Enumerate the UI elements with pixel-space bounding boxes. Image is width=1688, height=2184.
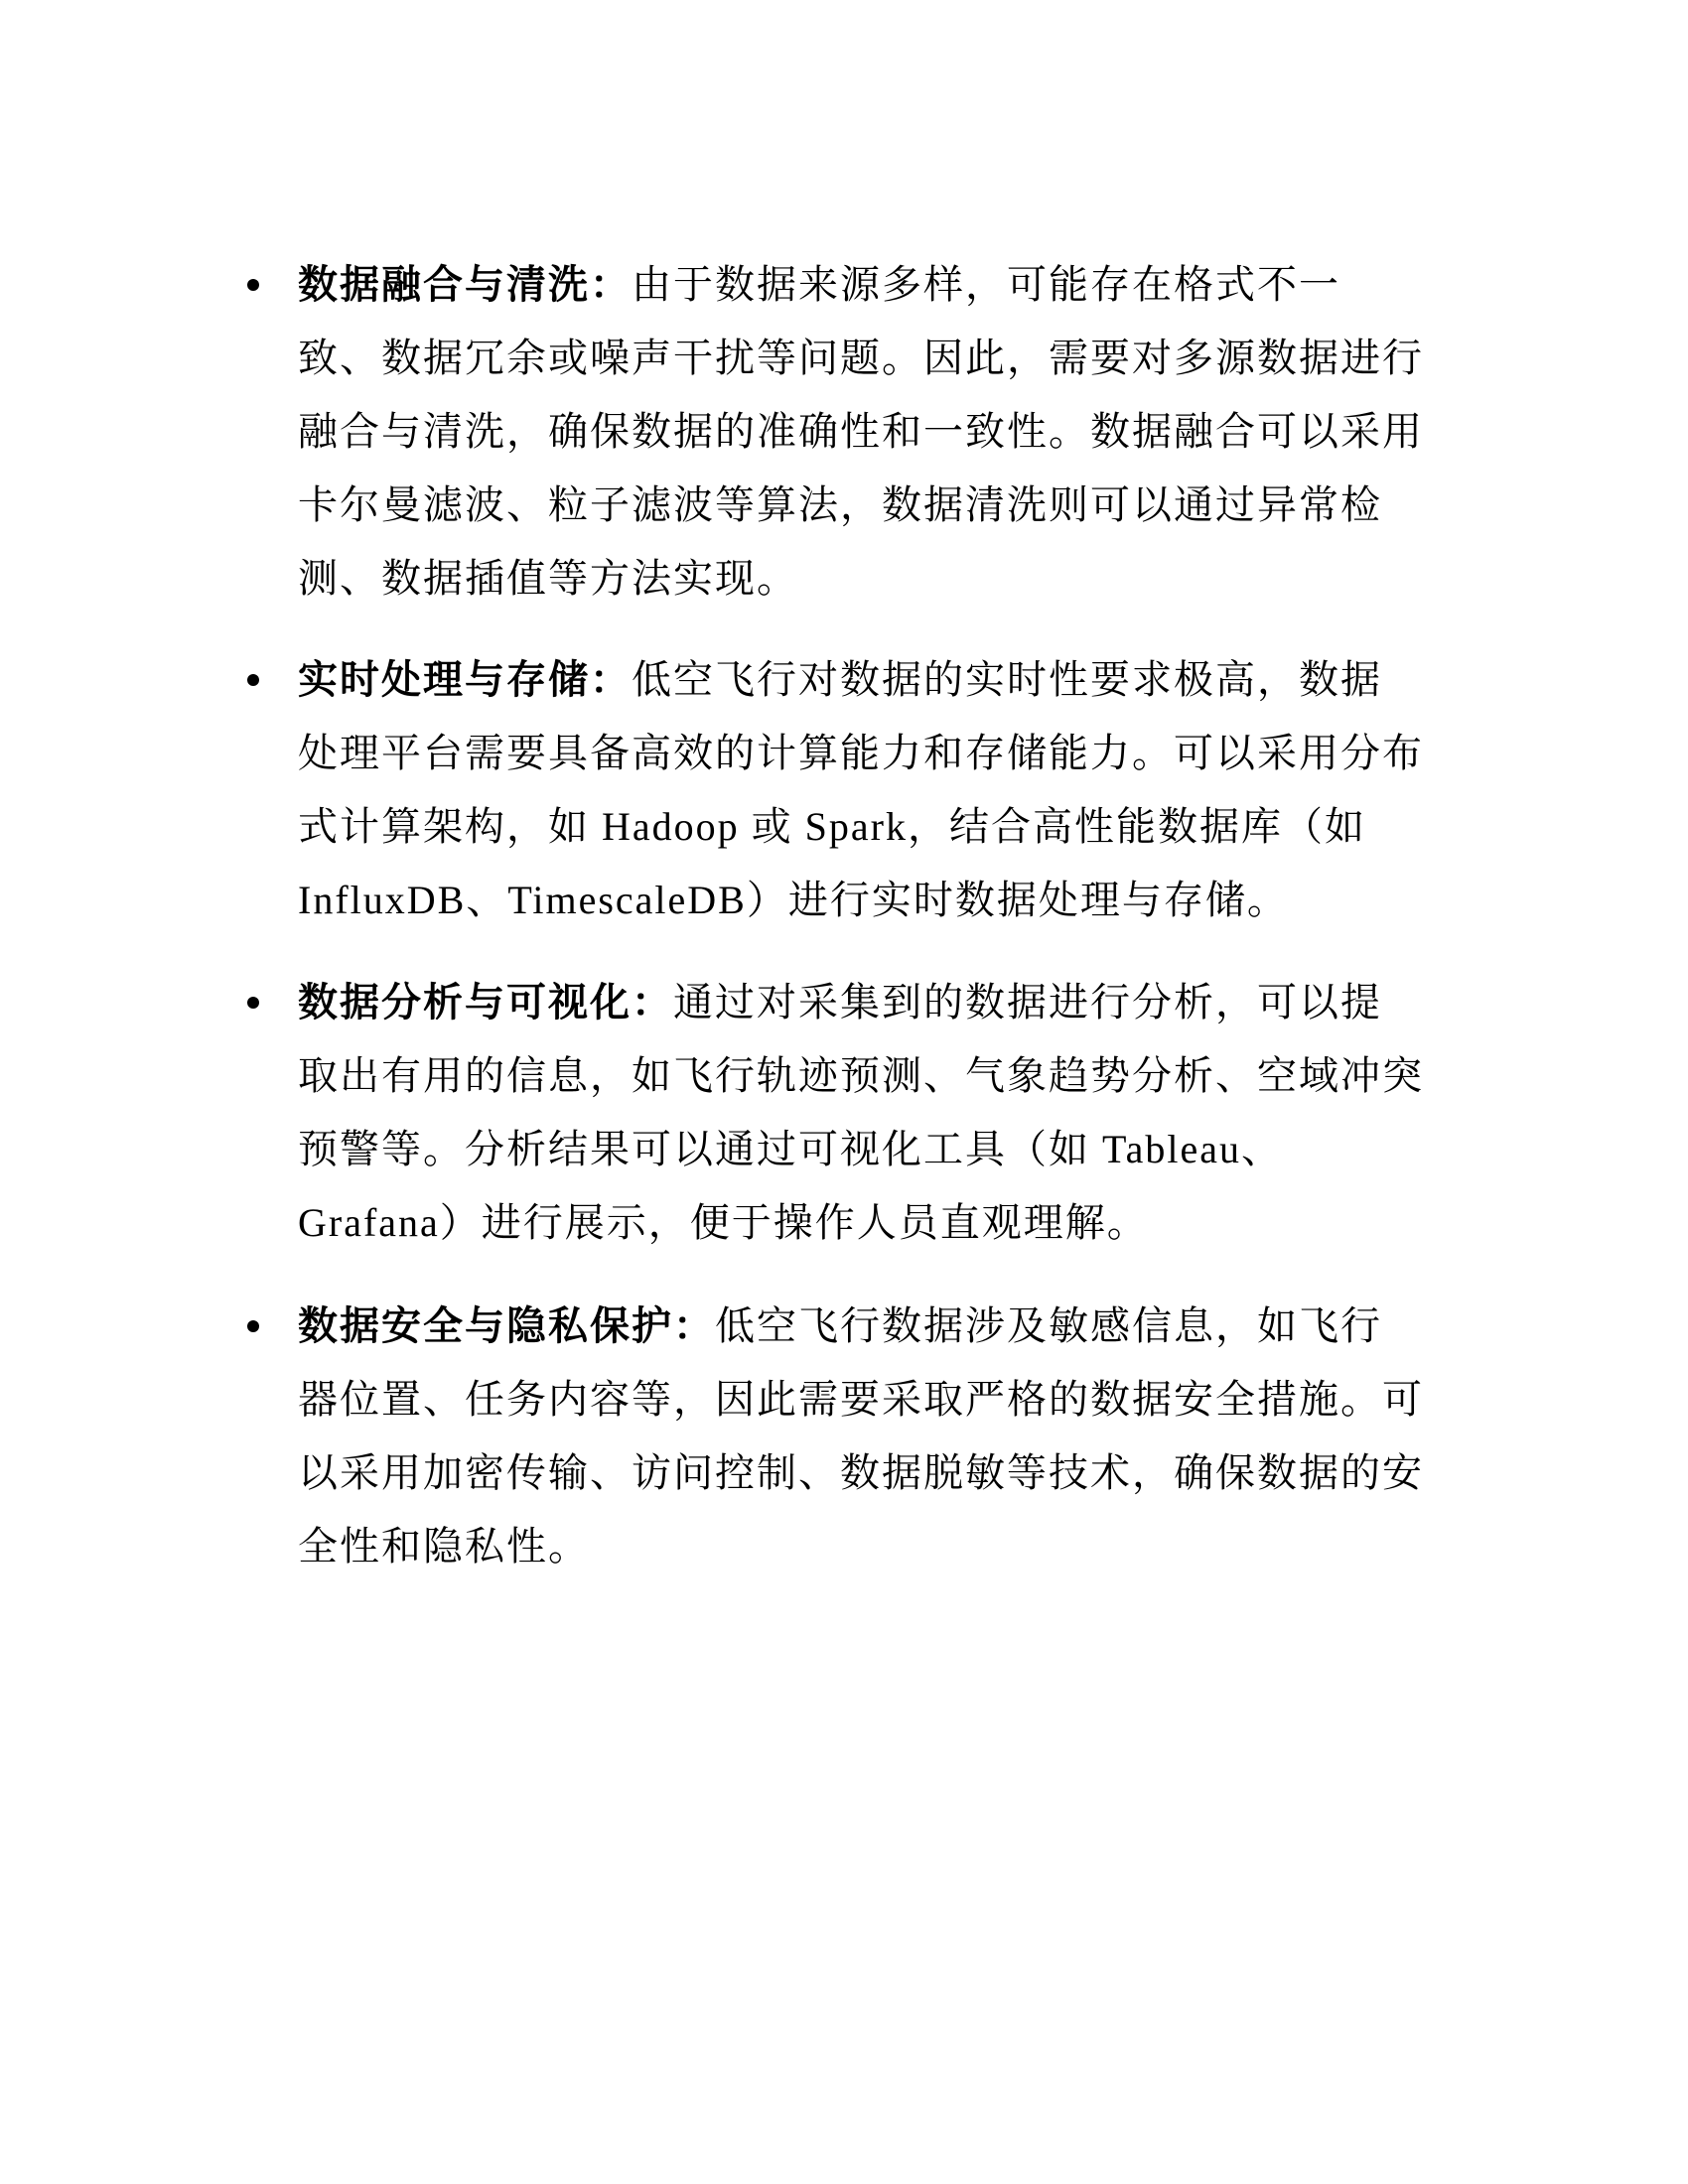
item-first-line: 实时处理与存储：低空飞行对数据的实时性要求极高，数据: [298, 643, 1499, 717]
item-text-line: Grafana）进行展示，便于操作人员直观理解。: [298, 1186, 1499, 1260]
bullet-item-data-security: 数据安全与隐私保护：低空飞行数据涉及敏感信息，如飞行 器位置、任务内容等，因此需…: [298, 1290, 1499, 1583]
bullet-icon: [247, 674, 259, 686]
item-first-line: 数据分析与可视化：通过对采集到的数据进行分析，可以提: [298, 966, 1499, 1039]
bullet-item-realtime-processing: 实时处理与存储：低空飞行对数据的实时性要求极高，数据 处理平台需要具备高效的计算…: [298, 643, 1499, 937]
item-first-line: 数据融合与清洗：由于数据来源多样，可能存在格式不一: [298, 248, 1499, 322]
bullet-icon: [247, 997, 259, 1009]
bullet-item-data-fusion: 数据融合与清洗：由于数据来源多样，可能存在格式不一 致、数据冗余或噪声干扰等问题…: [298, 248, 1499, 615]
item-text: 由于数据来源多样，可能存在格式不一: [632, 262, 1340, 307]
item-text-line: 式计算架构，如 Hadoop 或 Spark，结合高性能数据库（如: [298, 790, 1499, 864]
item-heading: 数据分析与可视化：: [298, 980, 673, 1024]
bullet-icon: [247, 279, 259, 291]
item-first-line: 数据安全与隐私保护：低空飞行数据涉及敏感信息，如飞行: [298, 1290, 1499, 1363]
item-text: 低空飞行数据涉及敏感信息，如飞行: [715, 1303, 1382, 1348]
bullet-item-data-analysis: 数据分析与可视化：通过对采集到的数据进行分析，可以提 取出有用的信息，如飞行轨迹…: [298, 966, 1499, 1260]
item-text-line: 取出有用的信息，如飞行轨迹预测、气象趋势分析、空域冲突: [298, 1039, 1499, 1113]
bullet-icon: [247, 1320, 259, 1332]
item-text-line: 卡尔曼滤波、粒子滤波等算法，数据清洗则可以通过异常检: [298, 469, 1499, 542]
item-text-line: 测、数据插值等方法实现。: [298, 542, 1499, 615]
item-heading: 数据安全与隐私保护：: [298, 1303, 715, 1348]
item-text: 低空飞行对数据的实时性要求极高，数据: [632, 657, 1382, 702]
item-text: 通过对采集到的数据进行分析，可以提: [673, 980, 1382, 1024]
item-text-line: 以采用加密传输、访问控制、数据脱敏等技术，确保数据的安: [298, 1436, 1499, 1510]
item-heading: 实时处理与存储：: [298, 657, 632, 702]
item-heading: 数据融合与清洗：: [298, 262, 632, 307]
item-text-line: 器位置、任务内容等，因此需要采取严格的数据安全措施。可: [298, 1363, 1499, 1436]
item-text-line: InfluxDB、TimescaleDB）进行实时数据处理与存储。: [298, 864, 1499, 937]
item-text-line: 致、数据冗余或噪声干扰等问题。因此，需要对多源数据进行: [298, 322, 1499, 395]
item-text-line: 处理平台需要具备高效的计算能力和存储能力。可以采用分布: [298, 717, 1499, 790]
item-text-line: 全性和隐私性。: [298, 1510, 1499, 1583]
document-page: 数据融合与清洗：由于数据来源多样，可能存在格式不一 致、数据冗余或噪声干扰等问题…: [0, 0, 1688, 2184]
item-text-line: 融合与清洗，确保数据的准确性和一致性。数据融合可以采用: [298, 395, 1499, 469]
item-text-line: 预警等。分析结果可以通过可视化工具（如 Tableau、: [298, 1113, 1499, 1186]
